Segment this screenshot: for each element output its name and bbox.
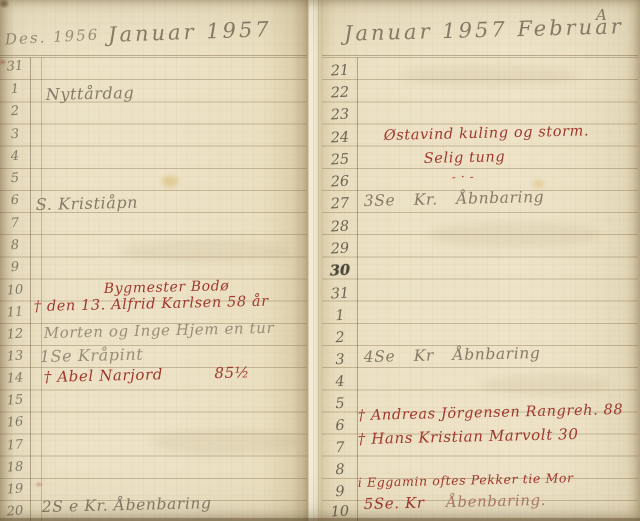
diary-page-left [0,0,308,521]
diary-scan: Des. 1956 Januar 1957 Januar 1957 Februa… [0,0,640,521]
page-header-month-main: Januar 1957 [108,19,272,46]
header-rule-right [322,55,638,56]
diary-entry: Selig tung [424,149,506,168]
diary-entry: Nyttårdag [46,84,135,104]
book-gutter [308,0,322,521]
diary-entry-age: 85½ [214,363,250,382]
header-rule-left [0,55,307,56]
corner-mark: A [596,8,607,23]
paper-grid-texture [0,0,308,521]
diary-entry-text: † Abel Narjord [44,365,164,386]
diary-entry: 1Se Kråpint [40,346,144,367]
diary-entry: - · - [452,170,475,184]
diary-entry-faded-text: Åbenbaring. [446,491,547,511]
diary-entry: S. Kristiåpn [36,194,139,215]
diary-entry-text: 5Se. Kr [364,494,425,513]
